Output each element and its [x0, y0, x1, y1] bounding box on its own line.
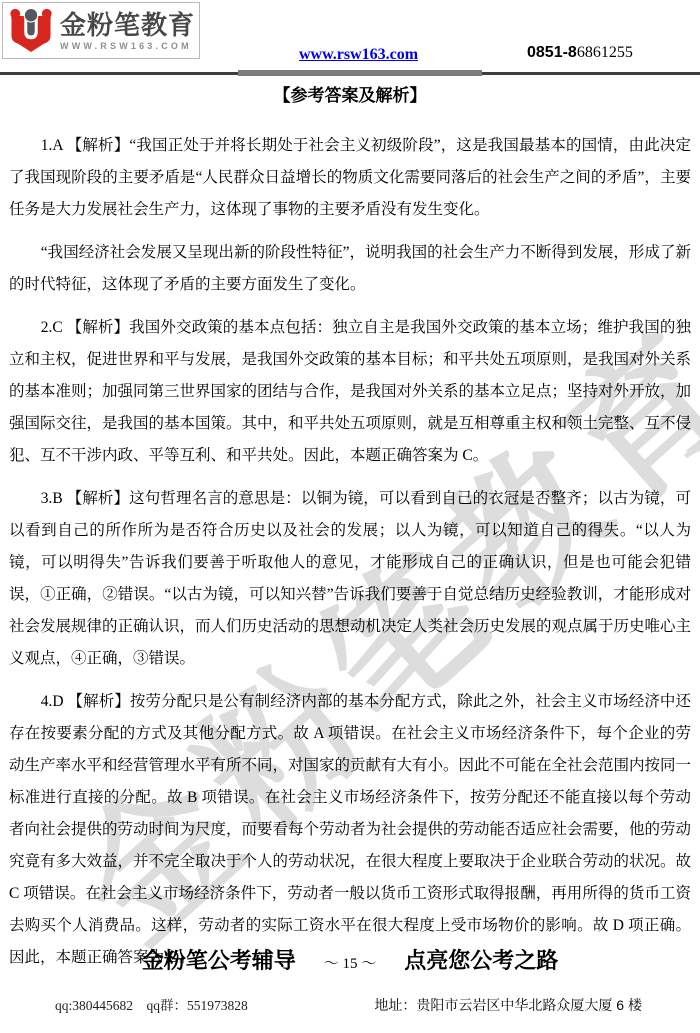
- brand-site-url: WWW.RSW163.COM: [60, 41, 195, 51]
- page-title: 【参考答案及解析】: [9, 84, 691, 108]
- phone-number: 0851-86861255: [527, 44, 633, 62]
- page-header: 金粉笔教育 WWW.RSW163.COM www.rsw163.com 0851…: [0, 0, 700, 76]
- document-body: 【参考答案及解析】 1.A 【解析】“我国正处于并将长期处于社会主义初级阶段”，…: [9, 84, 691, 985]
- explanation-paragraph: “我国经济社会发展又呈现出新的阶段性特征”，说明我国的社会生产力不断得到发展，形…: [9, 237, 691, 301]
- footer-slogan: 点亮您公考之路: [404, 944, 558, 975]
- page-number: ～ 15 ～: [324, 952, 377, 973]
- explanation-paragraph: 1.A 【解析】“我国正处于并将长期处于社会主义初级阶段”，这是我国最基本的国情…: [9, 130, 691, 226]
- page-footer: 金粉笔公考辅导 ～ 15 ～ 点亮您公考之路: [0, 944, 700, 975]
- document-page: 金粉笔教育 金粉笔教育 WWW.RSW163.COM www.rsw163.co…: [0, 0, 700, 1033]
- explanation-paragraph: 4.D 【解析】按劳分配只是公有制经济内部的基本分配方式，除此之外，社会主义市场…: [9, 686, 691, 974]
- qq-contact: qq:380445682 qq群：551973828: [55, 994, 248, 1014]
- header-divider-thick: [238, 70, 482, 76]
- brand-name: 金粉笔教育: [60, 11, 195, 39]
- contact-row: qq:380445682 qq群：551973828 地址：贵阳市云岩区中华北路…: [0, 994, 700, 1015]
- brand-logo: 金粉笔教育 WWW.RSW163.COM: [2, 2, 200, 59]
- answer-explanations: 1.A 【解析】“我国正处于并将长期处于社会主义初级阶段”，这是我国最基本的国情…: [9, 130, 691, 974]
- logo-text: 金粉笔教育 WWW.RSW163.COM: [60, 11, 195, 51]
- explanation-paragraph: 3.B 【解析】这句哲理名言的意思是：以铜为镜，可以看到自己的衣冠是否整齐；以古…: [9, 483, 691, 675]
- person-badge-logo-icon: [7, 6, 55, 56]
- address: 地址：贵阳市云岩区中华北路众厦大厦 6 楼: [374, 995, 642, 1015]
- website-link[interactable]: www.rsw163.com: [299, 46, 418, 64]
- phone-prefix: 0851-8: [527, 44, 577, 61]
- phone-suffix: 6861255: [577, 44, 633, 61]
- footer-brand: 金粉笔公考辅导: [142, 944, 296, 975]
- explanation-paragraph: 2.C 【解析】我国外交政策的基本点包括：独立自主是我国外交政策的基本立场；维护…: [9, 312, 691, 472]
